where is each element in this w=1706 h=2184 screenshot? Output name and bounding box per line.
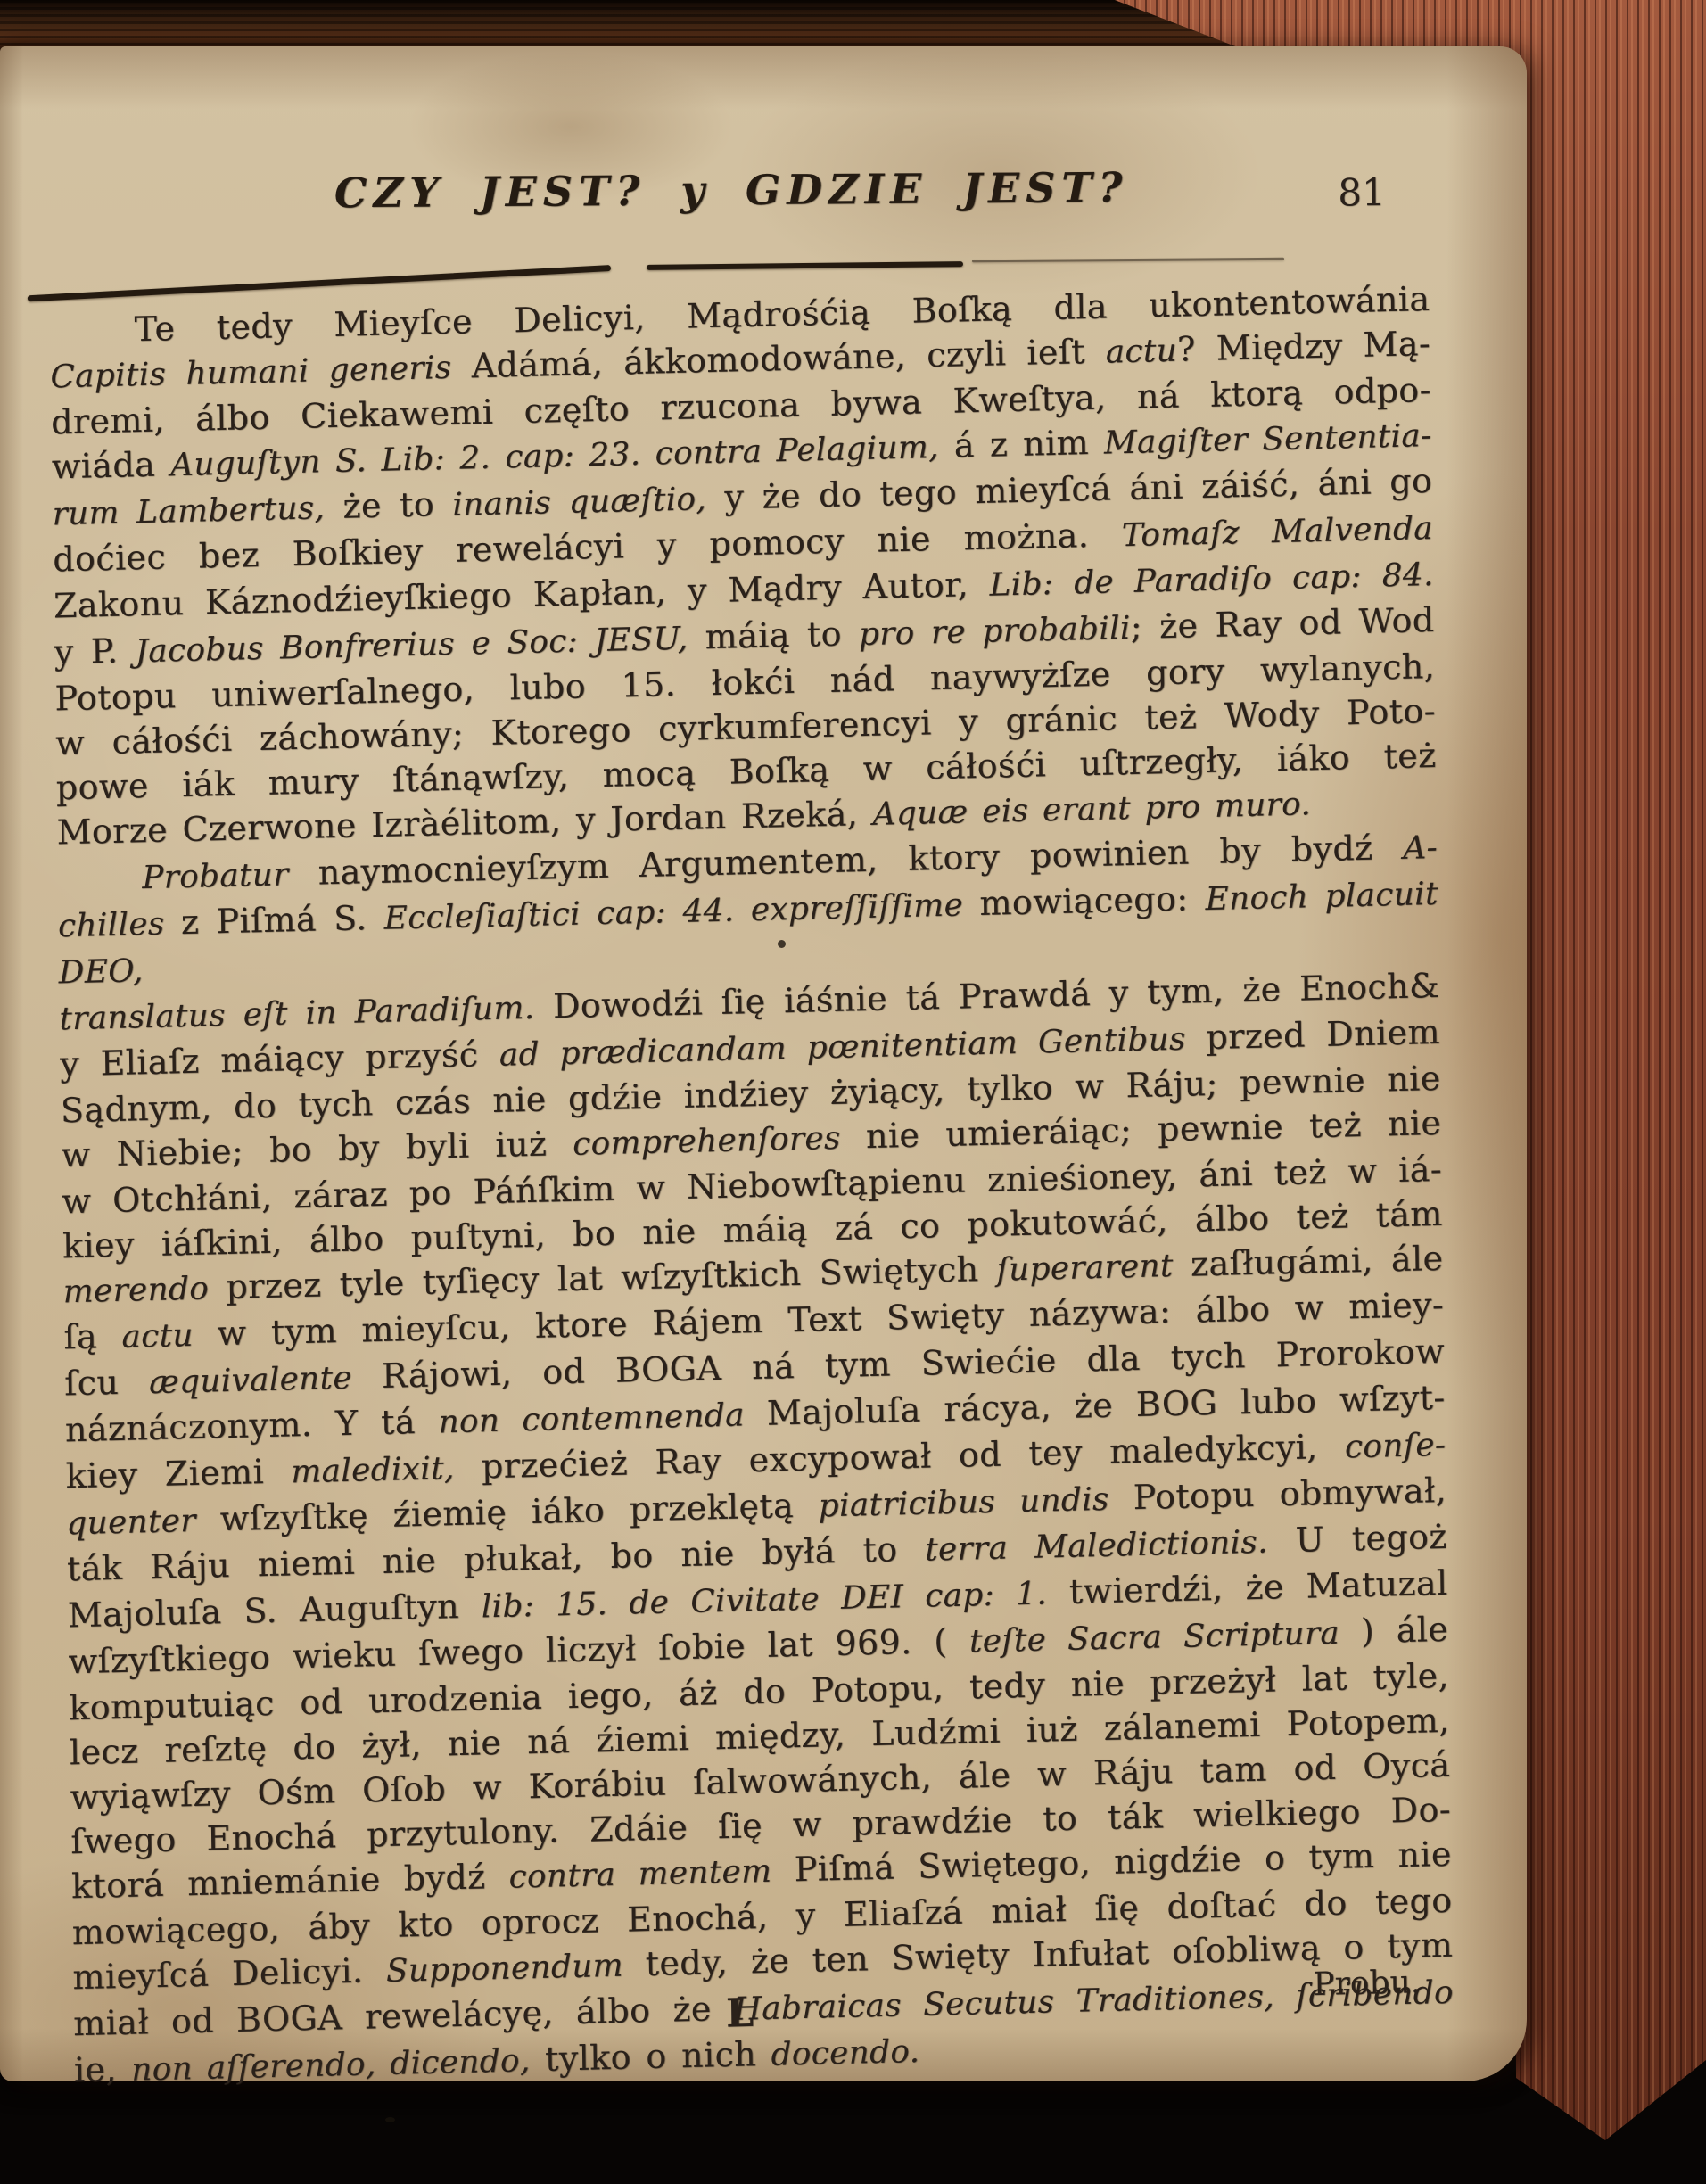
running-title: CZY JEST? y GDZIE JEST?: [321, 163, 1141, 217]
book-page: CZY JEST? y GDZIE JEST? 81 Te tedy Mieyſ…: [0, 46, 1527, 2081]
header-rule-middle: [647, 261, 963, 270]
header-rule-left: [28, 265, 611, 301]
page-header: CZY JEST? y GDZIE JEST? 81: [0, 161, 1528, 243]
body-text: Te tedy Mieyſce Delicyi, Mądrośćią Boſką…: [49, 276, 1455, 2094]
ink-speck: [778, 940, 786, 948]
book-photo: CZY JEST? y GDZIE JEST? 81 Te tedy Mieyſ…: [0, 0, 1706, 2184]
page-number: 81: [1338, 170, 1427, 215]
ink-speck: [385, 2117, 395, 2122]
catchword: Probu.: [1313, 1964, 1421, 2003]
header-rule-right: [972, 258, 1284, 262]
